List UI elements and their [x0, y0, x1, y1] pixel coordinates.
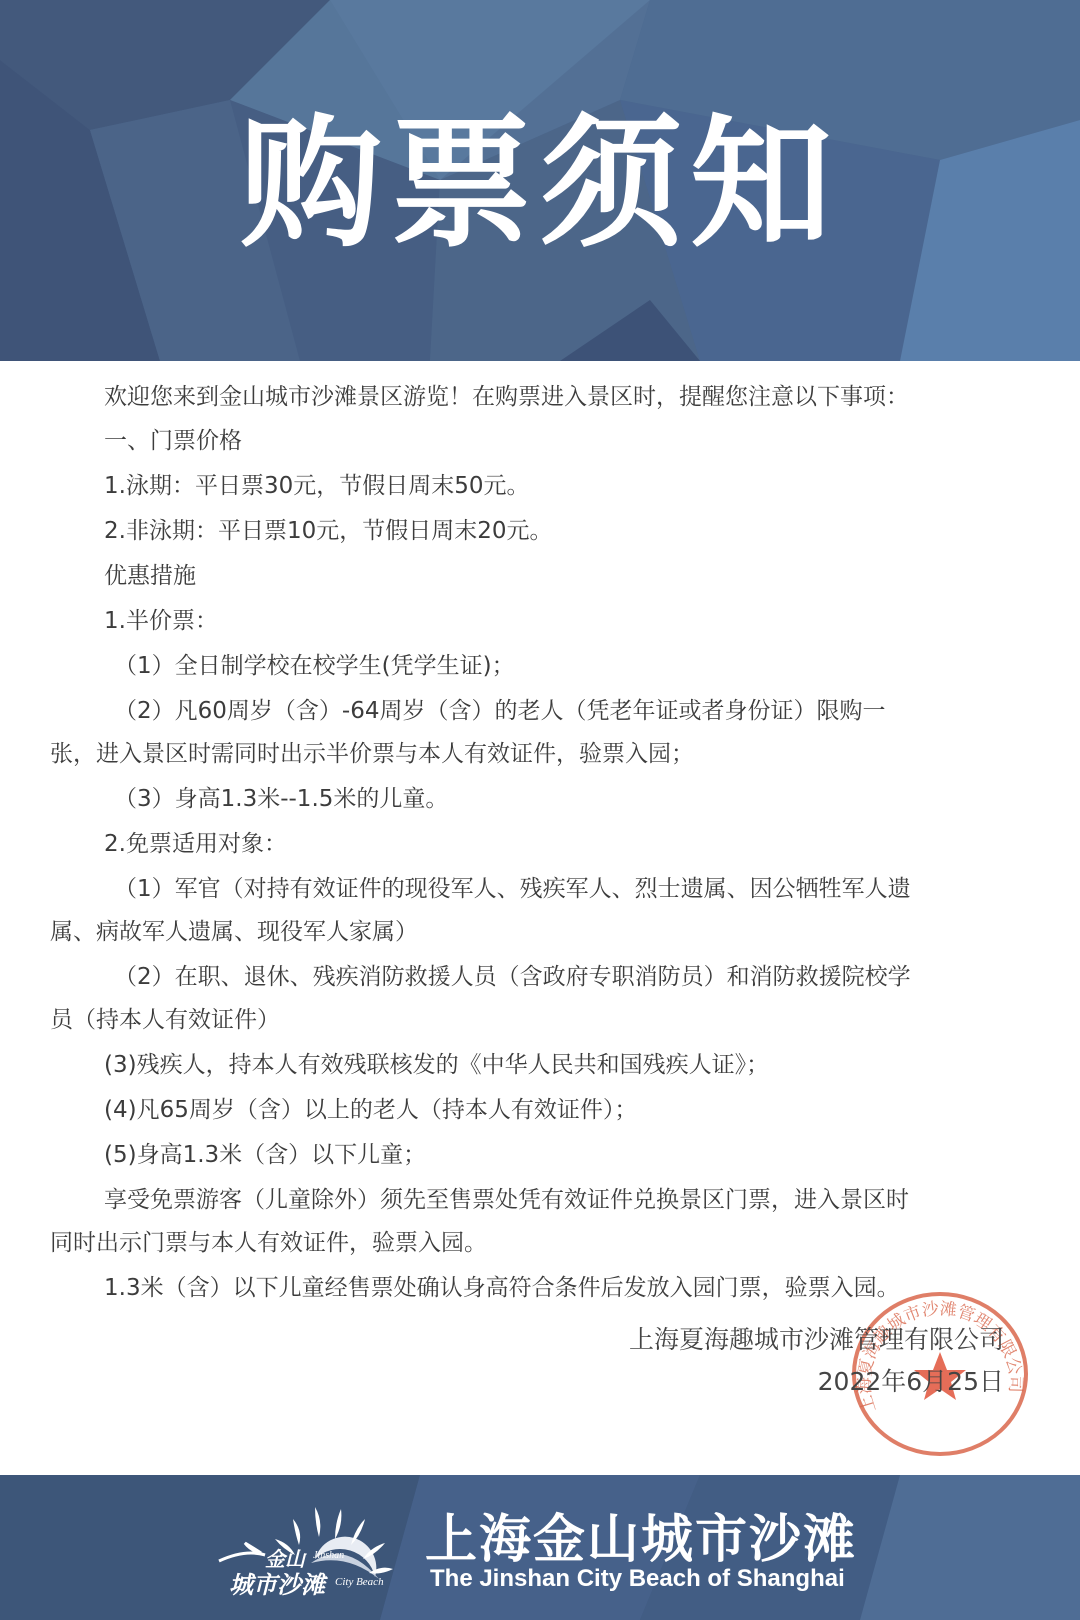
free-ticket-item: (3)残疾人，持本人有效残联核发的《中华人民共和国残疾人证》；	[104, 1048, 769, 1082]
free-ticket-item-continued: 属、病故军人遗属、现役军人家属）	[50, 915, 418, 949]
free-ticket-item: （1）军官（对持有效证件的现役军人、残疾军人、烈士遗属、因公牺牲军人遗	[114, 872, 911, 906]
jinshan-beach-logo: 金山 Jinshan 城市沙滩 City Beach	[215, 1499, 415, 1609]
logo-text-jinshan-en: Jinshan	[313, 1550, 344, 1561]
half-price-item: （2）凡60周岁（含）-64周岁（含）的老人（凭老年证或者身份证）限购一	[114, 694, 885, 728]
half-price-item-continued: 张，进入景区时需同时出示半价票与本人有效证件，验票入园；	[50, 737, 694, 771]
company-signature: 上海夏海趣城市沙滩管理有限公司	[629, 1320, 1004, 1356]
signature-date: 2022年6月25日	[818, 1362, 1004, 1398]
intro-text: 欢迎您来到金山城市沙滩景区游览！在购票进入景区时，提醒您注意以下事项：	[104, 380, 909, 414]
logo-text-citybeach-cn: 城市沙滩	[229, 1565, 325, 1600]
half-price-heading: 1.半价票：	[104, 604, 218, 638]
half-price-item: （3）身高1.3米--1.5米的儿童。	[114, 782, 448, 816]
exchange-note-continued: 同时出示门票与本人有效证件，验票入园。	[50, 1226, 487, 1260]
exchange-note: 享受免票游客（儿童除外）须先至售票处凭有效证件兑换景区门票，进入景区时	[104, 1183, 909, 1217]
logo-text-citybeach-en: City Beach	[335, 1576, 384, 1588]
brand-name-cn: 上海金山城市沙滩	[425, 1497, 857, 1572]
footer-banner: 金山 Jinshan 城市沙滩 City Beach 上海金山城市沙滩 The …	[0, 1475, 1080, 1620]
child-note: 1.3米（含）以下儿童经售票处确认身高符合条件后发放入园门票，验票入园。	[104, 1271, 900, 1305]
free-ticket-item-continued: 员（持本人有效证件）	[50, 1003, 280, 1037]
free-ticket-item: (5)身高1.3米（含）以下儿童；	[104, 1138, 426, 1172]
title-banner: 购票须知	[0, 0, 1080, 361]
free-ticket-item: (4)凡65周岁（含）以上的老人（持本人有效证件）；	[104, 1093, 637, 1127]
page-title: 购票须知	[0, 110, 1080, 260]
free-ticket-heading: 2.免票适用对象：	[104, 827, 287, 861]
free-ticket-item: （2）在职、退休、残疾消防救援人员（含政府专职消防员）和消防救援院校学	[114, 960, 911, 994]
section-heading-discounts: 优惠措施	[104, 559, 196, 593]
section-heading-prices: 一、门票价格	[104, 424, 242, 458]
price-swim-season: 1.泳期：平日票30元，节假日周末50元。	[104, 469, 529, 503]
price-off-season: 2.非泳期：平日票10元，节假日周末20元。	[104, 514, 552, 548]
brand-name-en: The Jinshan City Beach of Shanghai	[430, 1565, 845, 1593]
half-price-item: （1）全日制学校在校学生(凭学生证)；	[114, 649, 515, 683]
